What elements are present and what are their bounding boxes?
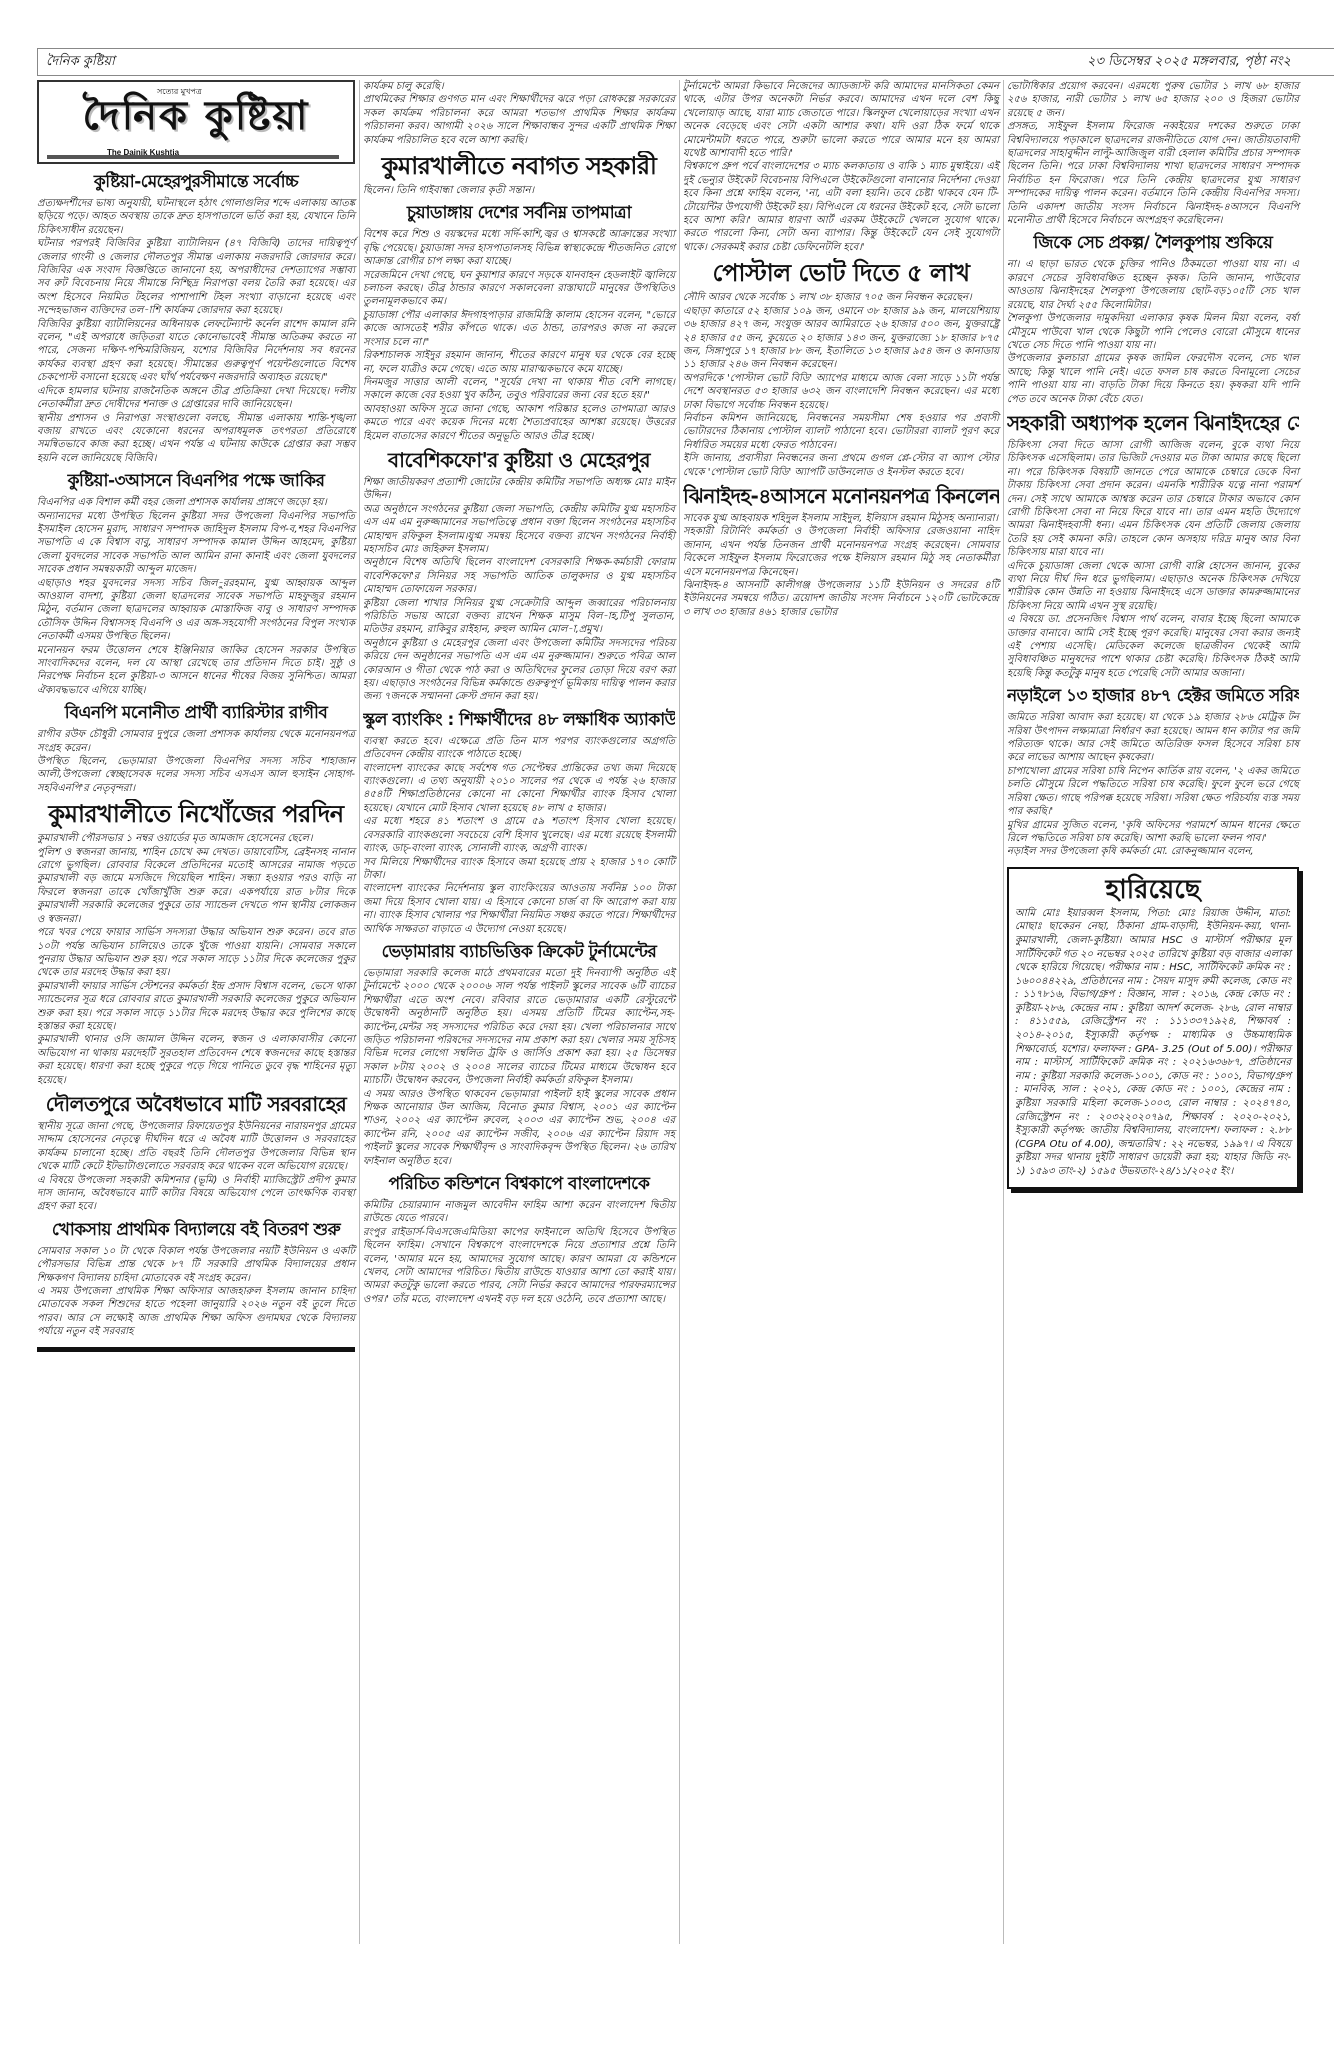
article-body: রাগীব রউফ চৌধুরী সোমবার দুপুরে জেলা প্রশ…: [37, 728, 355, 795]
article-paragraph: অপরদিকে 'পোস্টাল ভোট বিডি' অ্যাপের মাধ্য…: [683, 372, 999, 412]
article: কুমারখালীতে নবাগত সহকারীছিলেন। তিনি গাইব…: [363, 151, 675, 197]
article-headline: স্কুল ব্যাংকিং : শিক্ষার্থীদের ৪৮ লক্ষাধ…: [363, 708, 675, 732]
article-headline: জিকে সেচ প্রকল্প/ শৈলকুপায় শুকিয়ে: [1007, 231, 1299, 255]
notice-body: আমি মোঃ ইয়ারব্বল ইসলাম, পিতা: মোঃ রিয়া…: [1015, 907, 1291, 1179]
article-paragraph: ছিলেন। তিনি গাইবান্ধা জেলার কৃতী সন্তান।: [363, 184, 675, 197]
article-paragraph: এর মধ্যে শহরে ৪১ শতাংশ ও গ্রামে ৫৯ শতাংশ…: [363, 815, 675, 855]
article-paragraph: অন্যান্যদের মধ্যে উপস্থিত ছিলেন কুষ্টিয়…: [37, 510, 355, 577]
article: খোকসায় প্রাথমিক বিদ্যালয়ে বই বিতরণ শুর…: [37, 1218, 355, 1339]
article: নড়াইলে ১৩ হাজার ৪৮৭ হেক্টর জমিতে সরিষাজ…: [1007, 684, 1299, 858]
article-paragraph: নড়াইল সদর উপজেলা কৃষি কর্মকর্তা মো. রোক…: [1007, 845, 1299, 858]
article-paragraph: প্রাথমিকের শিক্ষার গুণগত মান এবং শিক্ষার…: [363, 93, 675, 147]
article: পোস্টাল ভোট দিতে ৫ লাখসৌদি আরব থেকে সর্ব…: [683, 258, 999, 479]
article-paragraph: শৈলকুপা উপজেলার দামুকদিয়া এলাকার কৃষক ম…: [1007, 312, 1299, 352]
article-paragraph: অত্র অনুষ্ঠানে সংগঠনের কুষ্টিয়া জেলা সভ…: [363, 503, 675, 557]
article-paragraph: মনোনয়ন ফরম উত্তোলন শেষে ইঞ্জিনিয়ার জাক…: [37, 644, 355, 698]
article-paragraph: কমিটির চেয়ারম্যান নাজমুল আবেদীন ফাহিম আ…: [363, 1199, 675, 1226]
article-paragraph: টুর্নামেন্টে আমরা কিভাবে নিজেদের অ্যাডজা…: [683, 80, 999, 160]
article-headline: পোস্টাল ভোট দিতে ৫ লাখ: [683, 258, 999, 288]
header-date-page: ২৩ ডিসেম্বর ২০২৫ মঙ্গলবার, পৃষ্ঠা নং২: [1087, 52, 1291, 73]
article-paragraph: স্থানীয় প্রশাসন ও নিরাপত্তা সংস্থাগুলো …: [37, 412, 355, 466]
article: ঝিনাইদহ-৪আসনে মনোনয়নপত্র কিনলেনসাবেক যু…: [683, 483, 999, 619]
article-body: ছিলেন। তিনি গাইবান্ধা জেলার কৃতী সন্তান।: [363, 184, 675, 197]
column-2: কার্যক্রম চালু করেছি।প্রাথমিকের শিক্ষার …: [363, 80, 675, 1306]
article-paragraph: এ বিষয়ে উপজেলা সহকারী কমিশনার (ভূমি) ও …: [37, 1174, 355, 1214]
article-body: সৌদি আরব থেকে সর্বোচ্চ ১ লাখ ৩৮ হাজার ৭০…: [683, 291, 999, 479]
article: টুর্নামেন্টে আমরা কিভাবে নিজেদের অ্যাডজা…: [683, 80, 999, 254]
article-paragraph: এদিকে হামলার ঘটনায় রাজনৈতিক অঙ্গনে তীব্…: [37, 385, 355, 412]
article-paragraph: নির্বাচন কমিশন জানিয়েছে, নিবন্ধনের সময়…: [683, 412, 999, 452]
article-body: সাবেক যুগ্ম আহবায়ক শহিদুল ইসলাম সাইদুল,…: [683, 512, 999, 619]
masthead-tagline: সত্যের মুখপত্র: [157, 86, 202, 99]
article-body: স্থানীয় সূত্রে জানা গেছে, উপজেলার রিফায…: [37, 1120, 355, 1214]
bottom-rule: [37, 1347, 355, 1352]
notice-title: হারিয়েছে: [1015, 873, 1291, 907]
article-headline: কুমারখালীতে নিখোঁজের পরদিন: [37, 799, 355, 829]
article-paragraph: প্রসঙ্গত, সাইফুল ইসলাম ফিরোজ নব্বইয়ের দ…: [1007, 120, 1299, 227]
article-paragraph: কুমারখালী পৌরসভার ১ নম্বর ওয়ার্ডের মৃত …: [37, 832, 355, 845]
article-paragraph: ব্যবস্থা করতে হবে। এক্ষেত্রে প্রতি তিন ম…: [363, 735, 675, 762]
column-3-articles: টুর্নামেন্টে আমরা কিভাবে নিজেদের অ্যাডজা…: [683, 80, 999, 619]
article-paragraph: শিক্ষা জাতীয়করণ প্রত্যাশী জোটের কেন্দ্র…: [363, 476, 675, 503]
page-header-bar: দৈনিক কুষ্টিয়া ২৩ ডিসেম্বর ২০২৫ মঙ্গলবা…: [37, 48, 1334, 76]
article-paragraph: সরেজমিনে দেখা গেছে, ঘন কুয়াশার কারণে সড…: [363, 269, 675, 309]
article-paragraph: কুষ্টিয়া জেলা শাখার সিনিয়র যুগ্ম সেক্র…: [363, 597, 675, 637]
article-paragraph: সব মিলিয়ে শিক্ষার্থীদের ব্যাংক হিসাবে জ…: [363, 856, 675, 883]
article-paragraph: উপস্থিত ছিলেন, ভেড়ামারা উপজেলা বিএনপির …: [37, 755, 355, 795]
article: বাবেশিকফো'র কুষ্টিয়া ও মেহেরপুরশিক্ষা জ…: [363, 447, 675, 704]
article-paragraph: এছাড়াও শহর যুবদলের সদস্য সচিব জিল-ুররহম…: [37, 577, 355, 644]
article-paragraph: রংপুর রাইডার্স-বিএসজেএমিডিয়া কাপের ফাইন…: [363, 1226, 675, 1306]
article-body: ভোটাধিকার প্রয়োগ করবেন। এরমধ্যে পুরুষ ভ…: [1007, 80, 1299, 227]
masthead-underline: [47, 155, 339, 159]
article-paragraph: চুয়াডাঙ্গা পৌর এলাকার ঈদগাহপাড়ার রাজমি…: [363, 309, 675, 349]
article-paragraph: রিকশাচালক সাইদুর রহমান জানান, শীতের কারণ…: [363, 349, 675, 376]
article: বিএনপি মনোনীত প্রার্থী ব্যারিস্টার রাগীব…: [37, 701, 355, 795]
article-paragraph: পরে খবর পেয়ে ফায়ার সার্ভিস সদস্যরা উদ্…: [37, 926, 355, 980]
article: স্কুল ব্যাংকিং : শিক্ষার্থীদের ৪৮ লক্ষাধ…: [363, 708, 675, 936]
article-body: শিক্ষা জাতীয়করণ প্রত্যাশী জোটের কেন্দ্র…: [363, 476, 675, 704]
article: সহকারী অধ্যাপক হলেন ঝিনাইদহের সেইচিকিৎসা…: [1007, 410, 1299, 680]
article-headline: পরিচিত কন্ডিশনে বিশ্বকাপে বাংলাদেশকে: [363, 1172, 675, 1196]
article-paragraph: সোমবার সকাল ১০ টা থেকে বিকাল পর্যন্ত উপজ…: [37, 1245, 355, 1285]
article-body: প্রত্যক্ষদর্শীদের ভাষ্য অনুযায়ী, ঘটনাস্…: [37, 197, 355, 465]
article-body: ব্যবস্থা করতে হবে। এক্ষেত্রে প্রতি তিন ম…: [363, 735, 675, 936]
article-paragraph: বিএনপির এক বিশাল কর্মী বহর জেলা প্রশাসক …: [37, 496, 355, 509]
article-paragraph: কার্যক্রম চালু করেছি।: [363, 80, 675, 93]
article-paragraph: সৌদি আরব থেকে সর্বোচ্চ ১ লাখ ৩৮ হাজার ৭০…: [683, 291, 999, 304]
article-paragraph: বিশেষ করে শিশু ও বয়স্কদের মধ্যে সর্দি-ক…: [363, 228, 675, 268]
article: ভোটাধিকার প্রয়োগ করবেন। এরমধ্যে পুরুষ ভ…: [1007, 80, 1299, 227]
article-headline: বিএনপি মনোনীত প্রার্থী ব্যারিস্টার রাগীব: [37, 701, 355, 725]
article: কুষ্টিয়া-৩আসনে বিএনপির পক্ষে জাকিরবিএনপ…: [37, 469, 355, 697]
article-headline: কুষ্টিয়া-৩আসনে বিএনপির পক্ষে জাকির: [37, 469, 355, 493]
article-body: ভেড়ামারা সরকারি কলেজ মাঠে প্রথমবারের মত…: [363, 967, 675, 1168]
article-headline: চুয়াডাঙ্গায় দেশের সর্বনিম্ন তাপমাত্রা: [363, 201, 675, 225]
masthead-logo: সত্যের মুখপত্র দৈনিক কুষ্টিয়া The Daini…: [37, 80, 355, 164]
article-paragraph: কুমারখালী ফায়ার সার্ভিস স্টেশনের কর্মকর…: [37, 980, 355, 1034]
article-paragraph: অনুষ্ঠানে বিশেষ অতিথি ছিলেন বাংলাদেশ বেস…: [363, 556, 675, 596]
article: ভেড়ামারায় ব্যাচভিত্তিক ক্রিকেট টুর্নাম…: [363, 940, 675, 1168]
article-paragraph: ভোটাধিকার প্রয়োগ করবেন। এরমধ্যে পুরুষ ভ…: [1007, 80, 1299, 120]
article-paragraph: চাপাখোলা গ্রামের সরিষা চাষি নিপেন কার্তি…: [1007, 765, 1299, 819]
article-body: টুর্নামেন্টে আমরা কিভাবে নিজেদের অ্যাডজা…: [683, 80, 999, 254]
article-paragraph: রাগীব রউফ চৌধুরী সোমবার দুপুরে জেলা প্রশ…: [37, 728, 355, 755]
article-headline: নড়াইলে ১৩ হাজার ৪৮৭ হেক্টর জমিতে সরিষা: [1007, 684, 1299, 708]
article-headline: বাবেশিকফো'র কুষ্টিয়া ও মেহেরপুর: [363, 447, 675, 473]
column-1-articles: কুষ্টিয়া-মেহেরপুরসীমান্তে সর্বোচ্চপ্রত্…: [37, 170, 355, 1339]
article-headline: সহকারী অধ্যাপক হলেন ঝিনাইদহের সেই: [1007, 410, 1299, 436]
article: দৌলতপুরে অবৈধভাবে মাটি সরবরাহেরস্থানীয় …: [37, 1091, 355, 1214]
article-body: জমিতে সরিষা আবাদ করা হয়েছে। যা থেকে ১৯ …: [1007, 711, 1299, 858]
article-headline: ঝিনাইদহ-৪আসনে মনোনয়নপত্র কিনলেন: [683, 483, 999, 509]
article-paragraph: চিকিৎসা সেবা দিতে আসা রোগী আজিজ বলেন, বু…: [1007, 439, 1299, 560]
article-paragraph: ভেড়ামারা সরকারি কলেজ মাঠে প্রথমবারের মত…: [363, 967, 675, 1088]
column-2-intro: কার্যক্রম চালু করেছি।প্রাথমিকের শিক্ষার …: [363, 80, 675, 147]
article-paragraph: সহকারী রিটার্নিং কর্মকর্তা ও উপজেলা নির্…: [683, 525, 999, 579]
article-paragraph: ঝিনাইদহ-৪ আসনটি কালীগঞ্জ উপজেলার ১১টি ইউ…: [683, 579, 999, 619]
article-headline: কুষ্টিয়া-মেহেরপুরসীমান্তে সর্বোচ্চ: [37, 170, 355, 194]
article: কুষ্টিয়া-মেহেরপুরসীমান্তে সর্বোচ্চপ্রত্…: [37, 170, 355, 465]
article-paragraph: ঘটনার পরপরই বিজিবির কুষ্টিয়া ব্যাটালিয়…: [37, 237, 355, 317]
column-divider: [1003, 80, 1004, 1944]
article-body: বিএনপির এক বিশাল কর্মী বহর জেলা প্রশাসক …: [37, 496, 355, 697]
article-paragraph: কুমারখালী থানার ওসি জামাল উদ্দিন বলেন, স…: [37, 1033, 355, 1087]
article-paragraph: বিশ্বকাপে গ্রুপ পর্বে বাংলাদেশের ৩ ম্যাচ…: [683, 160, 999, 254]
article-paragraph: ইসি জানায়, প্রবাসীরা নিবন্ধনের জন্য প্র…: [683, 452, 999, 479]
article: জিকে সেচ প্রকল্প/ শৈলকুপায় শুকিয়েনা। এ…: [1007, 231, 1299, 405]
column-divider: [679, 80, 680, 1944]
newspaper-page: সত্যের মুখপত্র দৈনিক কুষ্টিয়া The Daini…: [37, 80, 1299, 2024]
article-paragraph: আবহাওয়া অফিস সূত্রে জানা গেছে, আকাশ পরি…: [363, 403, 675, 443]
article-paragraph: এ সময় উপজেলা প্রাথমিক শিক্ষা অফিসার আজহ…: [37, 1285, 355, 1339]
column-divider: [359, 80, 360, 1944]
article-headline: ভেড়ামারায় ব্যাচভিত্তিক ক্রিকেট টুর্নাম…: [363, 940, 675, 964]
column-1: সত্যের মুখপত্র দৈনিক কুষ্টিয়া The Daini…: [37, 80, 355, 1352]
article-headline: দৌলতপুরে অবৈধভাবে মাটি সরবরাহের: [37, 1091, 355, 1117]
article-paragraph: বিজিবির কুষ্টিয়া ব্যাটালিয়নের অধিনায়ক…: [37, 318, 355, 385]
article-body: না। এ ছাড়া ভারত থেকে চুক্তির পানিও ঠিকম…: [1007, 258, 1299, 405]
lost-certificate-notice: হারিয়েছে আমি মোঃ ইয়ারব্বল ইসলাম, পিতা:…: [1007, 867, 1299, 1189]
article-body: কুমারখালী পৌরসভার ১ নম্বর ওয়ার্ডের মৃত …: [37, 832, 355, 1087]
article-paragraph: জমিতে সরিষা আবাদ করা হয়েছে। যা থেকে ১৯ …: [1007, 711, 1299, 765]
column-4: ভোটাধিকার প্রয়োগ করবেন। এরমধ্যে পুরুষ ভ…: [1007, 80, 1299, 1189]
header-paper-name: দৈনিক কুষ্টিয়া: [46, 52, 115, 73]
column-2-articles: কুমারখালীতে নবাগত সহকারীছিলেন। তিনি গাইব…: [363, 151, 675, 1306]
article: চুয়াডাঙ্গায় দেশের সর্বনিম্ন তাপমাত্রাব…: [363, 201, 675, 443]
article: কুমারখালীতে নিখোঁজের পরদিনকুমারখালী পৌরস…: [37, 799, 355, 1087]
article-body: চিকিৎসা সেবা দিতে আসা রোগী আজিজ বলেন, বু…: [1007, 439, 1299, 680]
article-paragraph: এছাড়া কাতারে ৫২ হাজার ১০৯ জন, ওমানে ৩৮ …: [683, 305, 999, 372]
article-paragraph: মুখির গ্রামের সুজিত বলেন, 'কৃষি অফিসের প…: [1007, 819, 1299, 846]
article-body: বিশেষ করে শিশু ও বয়স্কদের মধ্যে সর্দি-ক…: [363, 228, 675, 443]
article-body: সোমবার সকাল ১০ টা থেকে বিকাল পর্যন্ত উপজ…: [37, 1245, 355, 1339]
article-paragraph: সাবেক যুগ্ম আহবায়ক শহিদুল ইসলাম সাইদুল,…: [683, 512, 999, 525]
article-paragraph: পুলিশ ও স্বজনরা জানায়, শাহিন চোখে কম দে…: [37, 846, 355, 926]
article-headline: খোকসায় প্রাথমিক বিদ্যালয়ে বই বিতরণ শুর…: [37, 1218, 355, 1242]
article-headline: কুমারখালীতে নবাগত সহকারী: [363, 151, 675, 181]
article-paragraph: এ সময় আরও উপস্থিত থাকবেন ভেড়ামারা পাইল…: [363, 1088, 675, 1168]
article-paragraph: বাংলাদেশ ব্যাংকের নির্দেশনায় স্কুল ব্যা…: [363, 882, 675, 936]
article: পরিচিত কন্ডিশনে বিশ্বকাপে বাংলাদেশকেকমিট…: [363, 1172, 675, 1306]
article-paragraph: দিনমজুর সাত্তার আলী বলেন, "সূর্যের দেখা …: [363, 376, 675, 403]
article-paragraph: প্রত্যক্ষদর্শীদের ভাষ্য অনুযায়ী, ঘটনাস্…: [37, 197, 355, 237]
article-body: কমিটির চেয়ারম্যান নাজমুল আবেদীন ফাহিম আ…: [363, 1199, 675, 1306]
article-paragraph: না। এ ছাড়া ভারত থেকে চুক্তির পানিও ঠিকম…: [1007, 258, 1299, 312]
article-paragraph: বাংলাদেশ ব্যাংকের কাছে সর্বশেষ গত সেপ্টে…: [363, 762, 675, 816]
article-paragraph: স্থানীয় সূত্রে জানা গেছে, উপজেলার রিফায…: [37, 1120, 355, 1174]
column-4-articles: ভোটাধিকার প্রয়োগ করবেন। এরমধ্যে পুরুষ ভ…: [1007, 80, 1299, 859]
article-paragraph: উপজেলার কুলচারা গ্রামের কৃষক জামিল ফেরদৌ…: [1007, 352, 1299, 406]
article-paragraph: অনুষ্ঠানে কুষ্টিয়া ও মেহেরপুর জেলা এবং …: [363, 637, 675, 704]
column-3: টুর্নামেন্টে আমরা কিভাবে নিজেদের অ্যাডজা…: [683, 80, 999, 619]
article-paragraph: এ বিষয়ে ডা. প্রসেনজিৎ বিশ্বাস পার্থ বলে…: [1007, 613, 1299, 680]
article-paragraph: এদিকে চুয়াডাঙ্গা জেলা থেকে আসা রোগী বাপ…: [1007, 560, 1299, 614]
